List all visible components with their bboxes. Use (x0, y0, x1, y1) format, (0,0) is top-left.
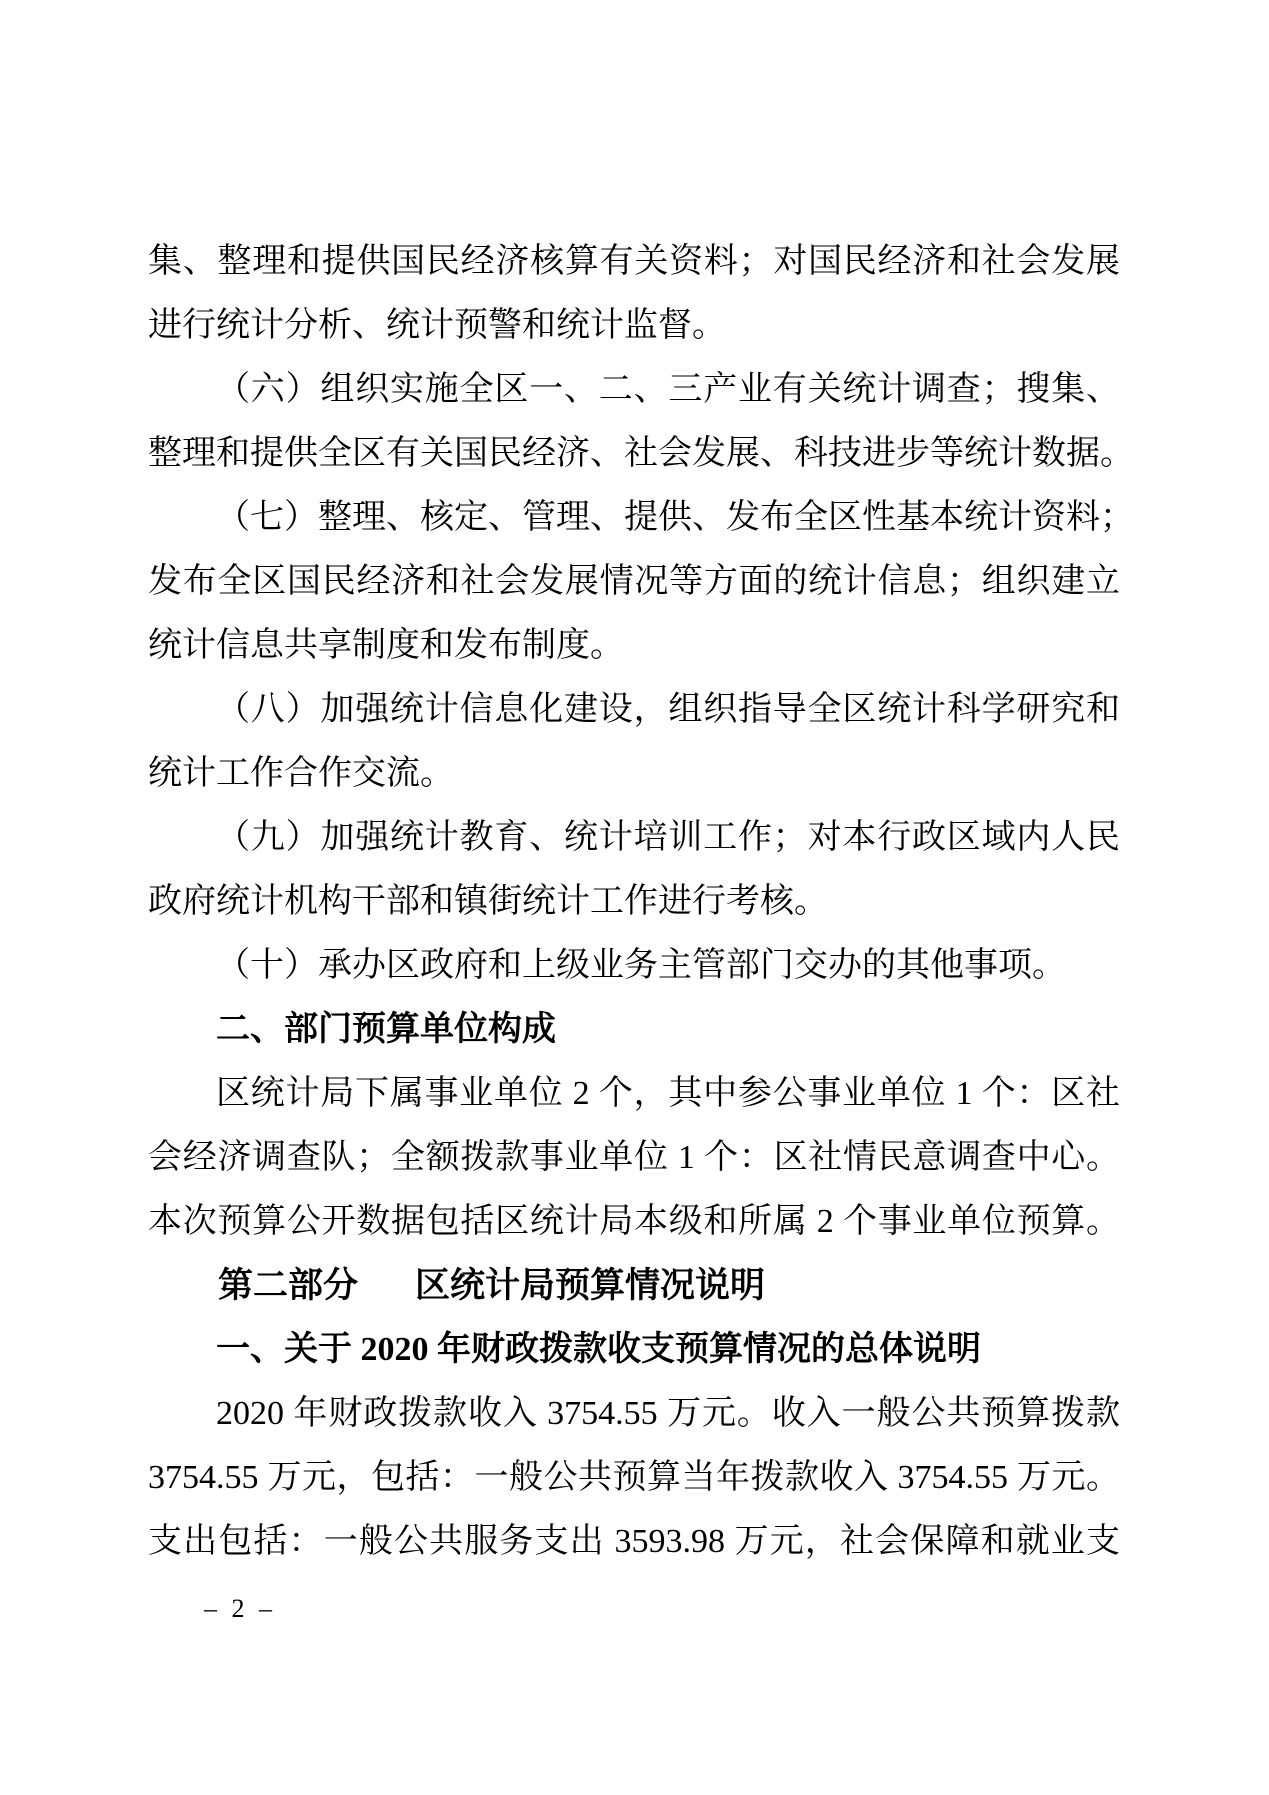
document-page: { "document": { "lines": [ { "text": "集、… (0, 0, 1269, 1795)
body-line: 统计信息共享制度和发布制度。 (148, 614, 1120, 678)
body-line-item-nine: （九）加强统计教育、统计培训工作；对本行政区域内人民 (148, 806, 1120, 870)
page-number: – 2 – (204, 1594, 272, 1624)
section-heading-title: 区统计局预算情况说明 (415, 1266, 765, 1305)
body-line: 3754.55 万元，包括：一般公共预算当年拨款收入 3754.55 万元。 (148, 1446, 1120, 1510)
body-line: 整理和提供全区有关国民经济、社会发展、科技进步等统计数据。 (148, 422, 1120, 486)
body-line: 政府统计机构干部和镇街统计工作进行考核。 (148, 870, 1120, 934)
body-line-item-seven: （七）整理、核定、管理、提供、发布全区性基本统计资料； (148, 486, 1120, 550)
body-line: 进行统计分析、统计预警和统计监督。 (148, 294, 1120, 358)
body-line-item-ten: （十）承办区政府和上级业务主管部门交办的其他事项。 (148, 934, 1120, 998)
body-line: 区统计局下属事业单位 2 个，其中参公事业单位 1 个：区社 (148, 1062, 1120, 1126)
body-line: 本次预算公开数据包括区统计局本级和所属 2 个事业单位预算。 (148, 1190, 1120, 1254)
subsection-heading-budget-units: 二、部门预算单位构成 (148, 998, 1120, 1062)
body-line: 集、整理和提供国民经济核算有关资料；对国民经济和社会发展 (148, 230, 1120, 294)
subsection-heading-overview: 一、关于 2020 年财政拨款收支预算情况的总体说明 (148, 1318, 1120, 1382)
section-heading-part-two: 第二部分区统计局预算情况说明 (148, 1254, 1120, 1318)
body-line: 发布全区国民经济和社会发展情况等方面的统计信息；组织建立 (148, 550, 1120, 614)
body-line-item-eight: （八）加强统计信息化建设，组织指导全区统计科学研究和 (148, 678, 1120, 742)
body-line-item-six: （六）组织实施全区一、二、三产业有关统计调查；搜集、 (148, 358, 1120, 422)
body-line: 2020 年财政拨款收入 3754.55 万元。收入一般公共预算拨款 (148, 1382, 1120, 1446)
document-body: 集、整理和提供国民经济核算有关资料；对国民经济和社会发展 进行统计分析、统计预警… (148, 230, 1120, 1574)
body-line: 会经济调查队；全额拨款事业单位 1 个：区社情民意调查中心。 (148, 1126, 1120, 1190)
section-heading-label: 第二部分 (218, 1266, 358, 1305)
body-line: 统计工作合作交流。 (148, 742, 1120, 806)
body-line: 支出包括：一般公共服务支出 3593.98 万元，社会保障和就业支 (148, 1510, 1120, 1574)
